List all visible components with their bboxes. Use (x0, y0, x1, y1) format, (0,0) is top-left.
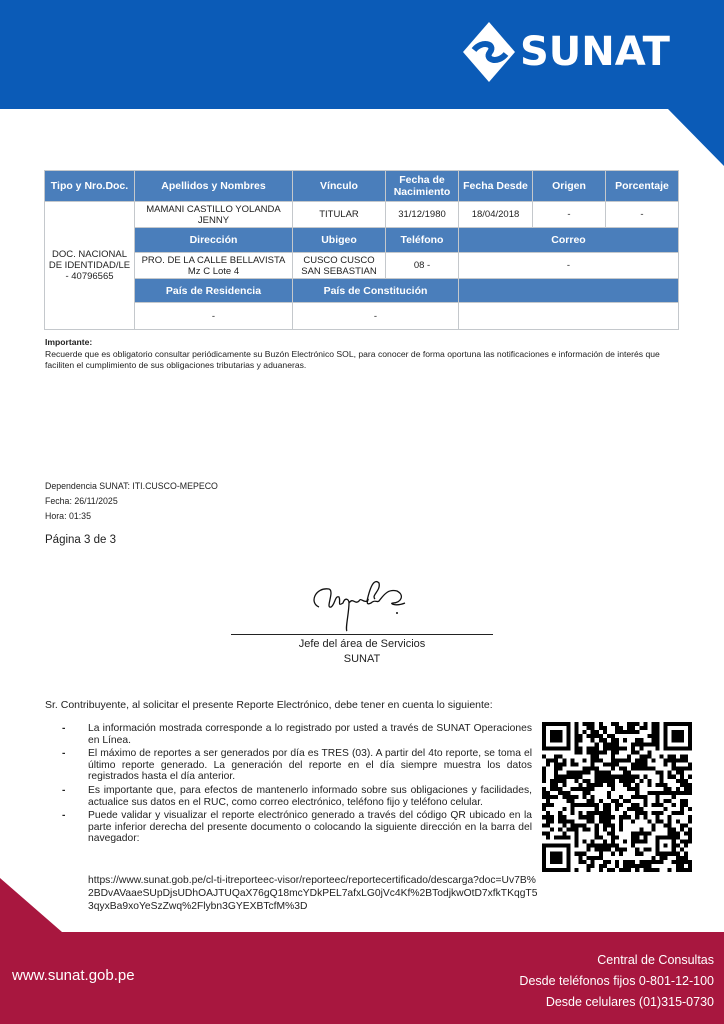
cell-ubigeo: CUSCO CUSCO SAN SEBASTIAN (293, 253, 386, 279)
footer-website-link[interactable]: www.sunat.gob.pe (12, 967, 135, 984)
notice-intro: Sr. Contribuyente, al solicitar el prese… (45, 699, 493, 711)
col-origen: Origen (533, 171, 606, 202)
contact-title: Central de Consultas (519, 950, 714, 971)
qr-code-icon (542, 722, 692, 872)
cell-nombres: MAMANI CASTILLO YOLANDA JENNY (135, 202, 293, 228)
col-blank (459, 279, 679, 303)
bullet-dash: - (62, 785, 65, 797)
col-fecha-nacimiento: Fecha de Nacimiento (386, 171, 459, 202)
cell-blank (459, 303, 679, 330)
cell-pais-residencia: - (135, 303, 293, 330)
important-text: Recuerde que es obligatorio consultar pe… (45, 349, 681, 372)
contact-mobile: Desde celulares (01)315-0730 (519, 992, 714, 1013)
table-row: - - (45, 303, 679, 330)
fecha: Fecha: 26/11/2025 (45, 494, 218, 509)
table-row: PRO. DE LA CALLE BELLAVISTA Mz C Lote 4 … (45, 253, 679, 279)
cell-vinculo: TITULAR (293, 202, 386, 228)
contact-fixed: Desde teléfonos fijos 0-801-12-100 (519, 971, 714, 992)
cell-porcentaje: - (606, 202, 679, 228)
list-item: -La información mostrada corresponde a l… (62, 723, 532, 746)
col-ubigeo: Ubigeo (293, 228, 386, 253)
signer-org: SUNAT (231, 652, 493, 667)
list-item: -El máximo de reportes a ser generados p… (62, 748, 532, 783)
col-direccion: Dirección (135, 228, 293, 253)
col-porcentaje: Porcentaje (606, 171, 679, 202)
signature-line (231, 634, 493, 635)
col-pais-residencia: País de Residencia (135, 279, 293, 303)
dependencia: Dependencia SUNAT: ITI.CUSCO-MEPECO (45, 479, 218, 494)
notice-list: -La información mostrada corresponde a l… (62, 723, 532, 847)
col-fecha-desde: Fecha Desde (459, 171, 533, 202)
cell-direccion: PRO. DE LA CALLE BELLAVISTA Mz C Lote 4 (135, 253, 293, 279)
header-row: País de Residencia País de Constitución (45, 279, 679, 303)
important-notice: Importante: Recuerde que es obligatorio … (45, 337, 681, 372)
cell-origen: - (533, 202, 606, 228)
footer-contact: Central de Consultas Desde teléfonos fij… (519, 950, 714, 1013)
cell-pais-constitucion: - (293, 303, 459, 330)
signer-block: Jefe del área de Servicios SUNAT (231, 637, 493, 667)
signature-image (305, 573, 415, 633)
cell-fecha-nacimiento: 31/12/1980 (386, 202, 459, 228)
sunat-logo: SUNAT (460, 20, 670, 84)
list-item: -Es importante que, para efectos de mant… (62, 785, 532, 808)
header-row: Tipo y Nro.Doc. Apellidos y Nombres Vínc… (45, 171, 679, 202)
cell-fecha-desde: 18/04/2018 (459, 202, 533, 228)
col-telefono: Teléfono (386, 228, 459, 253)
bullet-dash: - (62, 810, 65, 822)
bullet-dash: - (62, 723, 65, 735)
hora: Hora: 01:35 (45, 509, 218, 524)
page-number: Página 3 de 3 (45, 534, 116, 546)
sunat-diamond-icon (460, 20, 518, 84)
report-metadata: Dependencia SUNAT: ITI.CUSCO-MEPECO Fech… (45, 479, 218, 524)
signer-role: Jefe del área de Servicios (231, 637, 493, 652)
table-row: DOC. NACIONAL DE IDENTIDAD/LE - 40796565… (45, 202, 679, 228)
logo-text: SUNAT (520, 29, 670, 75)
col-apellidos-nombres: Apellidos y Nombres (135, 171, 293, 202)
taxpayer-table: Tipo y Nro.Doc. Apellidos y Nombres Vínc… (44, 170, 679, 330)
col-pais-constitucion: País de Constitución (293, 279, 459, 303)
cell-correo: - (459, 253, 679, 279)
col-tipo-doc: Tipo y Nro.Doc. (45, 171, 135, 202)
important-title: Importante: (45, 337, 681, 349)
bullet-dash: - (62, 748, 65, 760)
col-vinculo: Vínculo (293, 171, 386, 202)
cell-telefono: 08 - (386, 253, 459, 279)
col-correo: Correo (459, 228, 679, 253)
cell-doc: DOC. NACIONAL DE IDENTIDAD/LE - 40796565 (45, 202, 135, 330)
list-item: -Puede validar y visualizar el reporte e… (62, 810, 532, 845)
header-row: Dirección Ubigeo Teléfono Correo (45, 228, 679, 253)
